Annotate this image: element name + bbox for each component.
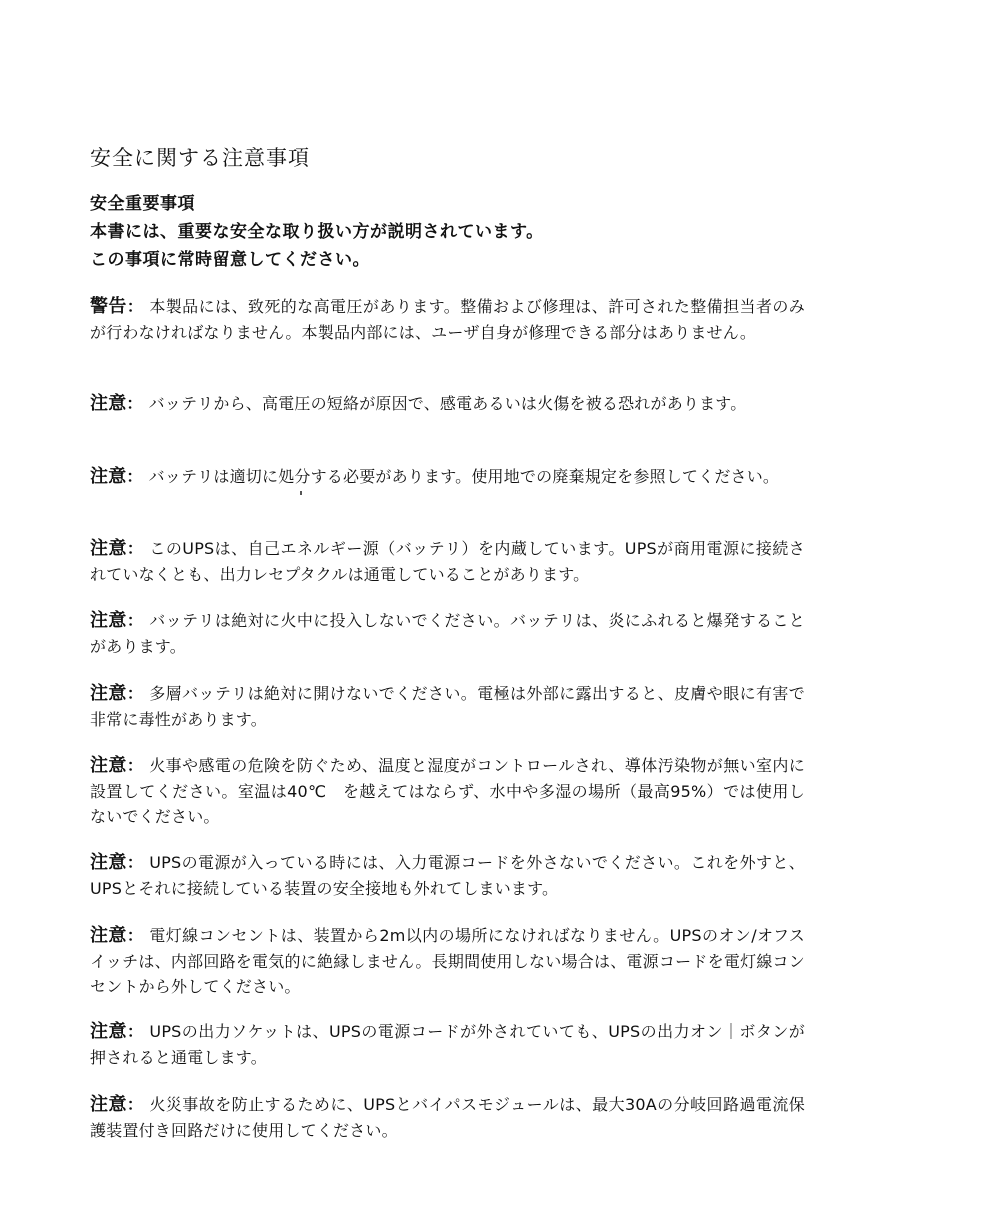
notice-label: 注意 — [90, 610, 127, 631]
notice-label: 警告 — [90, 296, 127, 317]
notice-text: 本製品には、致死的な高電圧があります。整備および修理は、許可された整備担当者のみ… — [90, 297, 805, 342]
important-line-2: この事項に常時留意してください。 — [90, 246, 544, 274]
notice-text: バッテリから、高電圧の短絡が原因で、感電あるいは火傷を被る恐れがあります。 — [149, 394, 747, 413]
notice-label: 注意 — [90, 755, 127, 776]
caution-notice: 注意：UPSの出力ソケットは、UPSの電源コードが外されていても、UPSの出力オ… — [90, 1019, 805, 1070]
notice-label: 注意 — [90, 683, 127, 704]
notice-text: 電灯線コンセントは、装置から2m以内の場所になければなりません。UPSのオン/オ… — [90, 926, 805, 996]
important-line-1: 本書には、重要な安全な取り扱い方が説明されています。 — [90, 218, 544, 246]
notice-text: UPSの出力ソケットは、UPSの電源コードが外されていても、UPSの出力オン｜ボ… — [90, 1022, 805, 1067]
caution-notice: 注意：多層バッテリは絶対に開けないでください。電極は外部に露出すると、皮膚や眼に… — [90, 681, 805, 732]
caution-notice: 注意：電灯線コンセントは、装置から2m以内の場所になければなりません。UPSのオ… — [90, 923, 805, 1000]
important-safety-block: 安全重要事項 本書には、重要な安全な取り扱い方が説明されています。 この事項に常… — [90, 190, 544, 274]
notice-text: バッテリは適切に処分する必要があります。使用地での廃棄規定を参照してください。 — [149, 467, 780, 486]
warning-notice: 警告：本製品には、致死的な高電圧があります。整備および修理は、許可された整備担当… — [90, 294, 805, 345]
caution-notice: 注意：バッテリは適切に処分する必要があります。使用地での廃棄規定を参照してくださ… — [90, 464, 805, 490]
caution-notice: 注意：このUPSは、自己エネルギー源（バッテリ）を内蔵しています。UPSが商用電… — [90, 536, 805, 587]
notice-label: 注意 — [90, 852, 127, 873]
notice-label: 注意 — [90, 925, 127, 946]
notice-label: 注意 — [90, 393, 126, 414]
caution-notice: 注意：バッテリから、高電圧の短絡が原因で、感電あるいは火傷を被る恐れがあります。 — [90, 391, 805, 417]
notice-text: このUPSは、自己エネルギー源（バッテリ）を内蔵しています。UPSが商用電源に接… — [90, 539, 805, 584]
caution-notice: 注意：火事や感電の危険を防ぐため、温度と湿度がコントロールされ、導体汚染物が無い… — [90, 753, 805, 830]
caution-notice: 注意：火災事故を防止するために、UPSとバイパスモジュールは、最大30Aの分岐回… — [90, 1092, 805, 1143]
notice-label: 注意 — [90, 538, 127, 559]
page-title: 安全に関する注意事項 — [90, 142, 310, 172]
caution-notice: 注意：バッテリは絶対に火中に投入しないでください。バッテリは、炎にふれると爆発す… — [90, 608, 805, 659]
caution-notice: 注意：UPSの電源が入っている時には、入力電源コードを外さないでください。これを… — [90, 850, 805, 901]
notice-text: UPSの電源が入っている時には、入力電源コードを外さないでください。これを外すと… — [90, 853, 805, 898]
notice-label: 注意 — [90, 466, 126, 487]
scan-speck — [300, 491, 302, 495]
notice-label: 注意 — [90, 1094, 127, 1115]
notice-text: バッテリは絶対に火中に投入しないでください。バッテリは、炎にふれると爆発すること… — [90, 611, 805, 656]
important-heading: 安全重要事項 — [90, 190, 544, 218]
notice-text: 火災事故を防止するために、UPSとバイパスモジュールは、最大30Aの分岐回路過電… — [90, 1095, 805, 1140]
notice-text: 火事や感電の危険を防ぐため、温度と湿度がコントロールされ、導体汚染物が無い室内に… — [90, 756, 805, 826]
notice-label: 注意 — [90, 1021, 127, 1042]
notice-text: 多層バッテリは絶対に開けないでください。電極は外部に露出すると、皮膚や眼に有害で… — [90, 684, 805, 729]
